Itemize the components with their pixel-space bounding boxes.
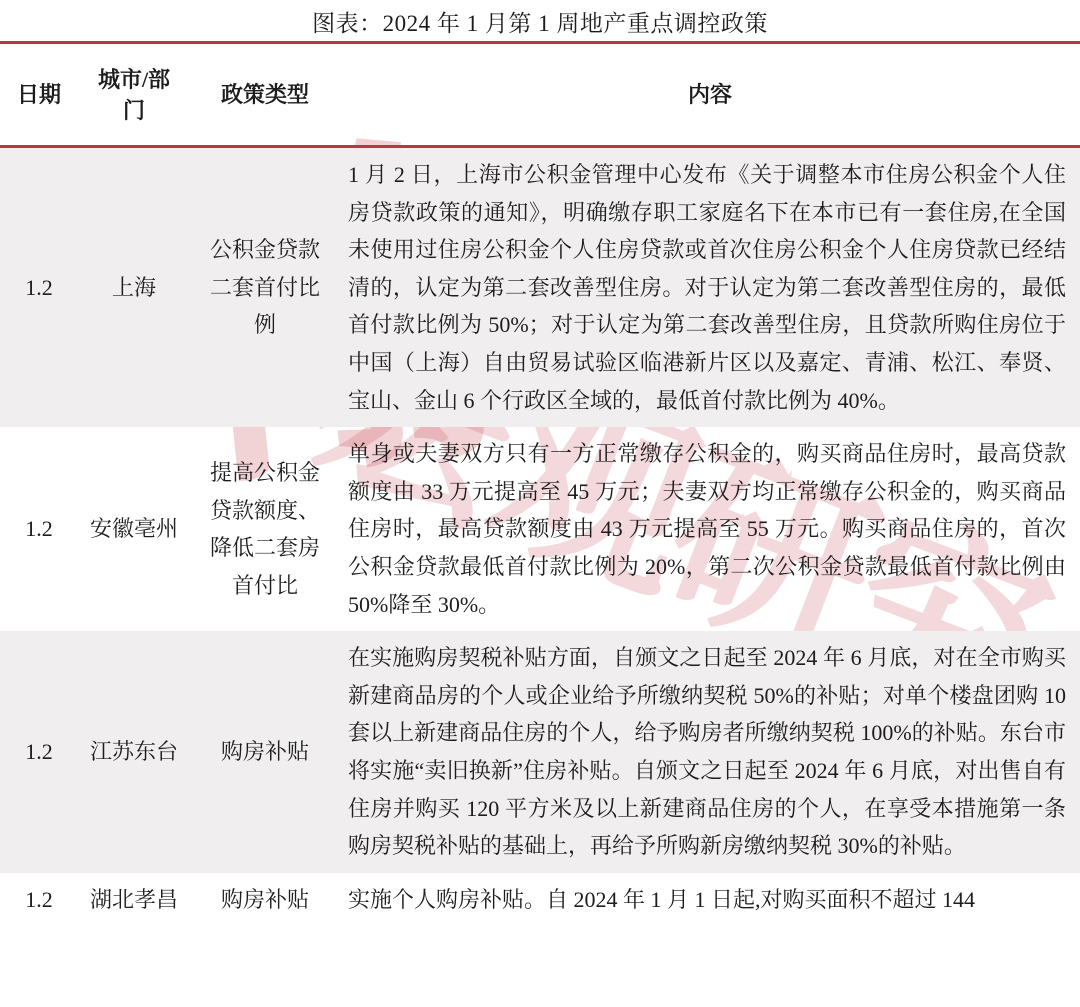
table-row: 1.2 上海 公积金贷款二套首付比例 1 月 2 日，上海市公积金管理中心发布《… [0, 148, 1080, 427]
city-cell: 上海 [78, 148, 190, 427]
policy-table: 图表：2024 年 1 月第 1 周地产重点调控政策 日期 城市/部门 政策类型… [0, 0, 1080, 926]
header-type: 政策类型 [190, 44, 340, 145]
policy-content-cell: 单身或夫妻双方只有一方正常缴存公积金的，购买商品住房时，最高贷款额度由 33 万… [340, 427, 1080, 631]
date-cell: 1.2 [0, 873, 78, 927]
date-cell: 1.2 [0, 148, 78, 427]
table-row: 1.2 湖北孝昌 购房补贴 实施个人购房补贴。自 2024 年 1 月 1 日起… [0, 873, 1080, 927]
city-cell: 安徽亳州 [78, 427, 190, 631]
table-title: 图表：2024 年 1 月第 1 周地产重点调控政策 [0, 0, 1080, 41]
table-header-row: 日期 城市/部门 政策类型 内容 [0, 44, 1080, 145]
city-cell: 江苏东台 [78, 631, 190, 873]
policy-type-cell: 购房补贴 [190, 873, 340, 927]
policy-type-cell: 公积金贷款二套首付比例 [190, 148, 340, 427]
table-row: 1.2 安徽亳州 提高公积金贷款额度、降低二套房首付比 单身或夫妻双方只有一方正… [0, 427, 1080, 631]
header-content: 内容 [340, 44, 1080, 145]
header-city: 城市/部门 [78, 44, 190, 145]
date-cell: 1.2 [0, 631, 78, 873]
policy-content-cell: 1 月 2 日，上海市公积金管理中心发布《关于调整本市住房公积金个人住房贷款政策… [340, 148, 1080, 427]
policy-type-cell: 提高公积金贷款额度、降低二套房首付比 [190, 427, 340, 631]
policy-type-cell: 购房补贴 [190, 631, 340, 873]
city-cell: 湖北孝昌 [78, 873, 190, 927]
date-cell: 1.2 [0, 427, 78, 631]
header-date: 日期 [0, 44, 78, 145]
policy-content-cell: 实施个人购房补贴。自 2024 年 1 月 1 日起,对购买面积不超过 144 [340, 873, 1080, 927]
table-row: 1.2 江苏东台 购房补贴 在实施购房契税补贴方面，自颁文之日起至 2024 年… [0, 631, 1080, 873]
policy-content-cell: 在实施购房契税补贴方面，自颁文之日起至 2024 年 6 月底，对在全市购买新建… [340, 631, 1080, 873]
